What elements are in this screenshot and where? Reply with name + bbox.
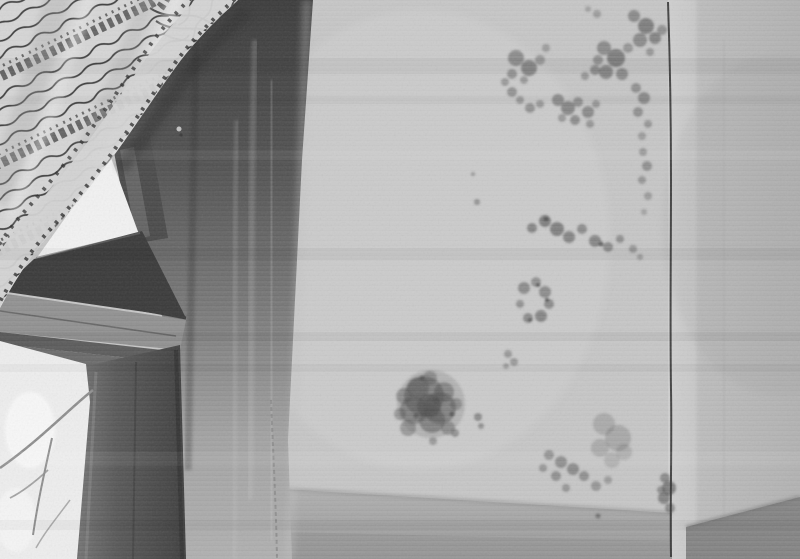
photograph [0,0,800,559]
photo-canvas [0,0,800,559]
photo-grain-light [0,0,800,559]
